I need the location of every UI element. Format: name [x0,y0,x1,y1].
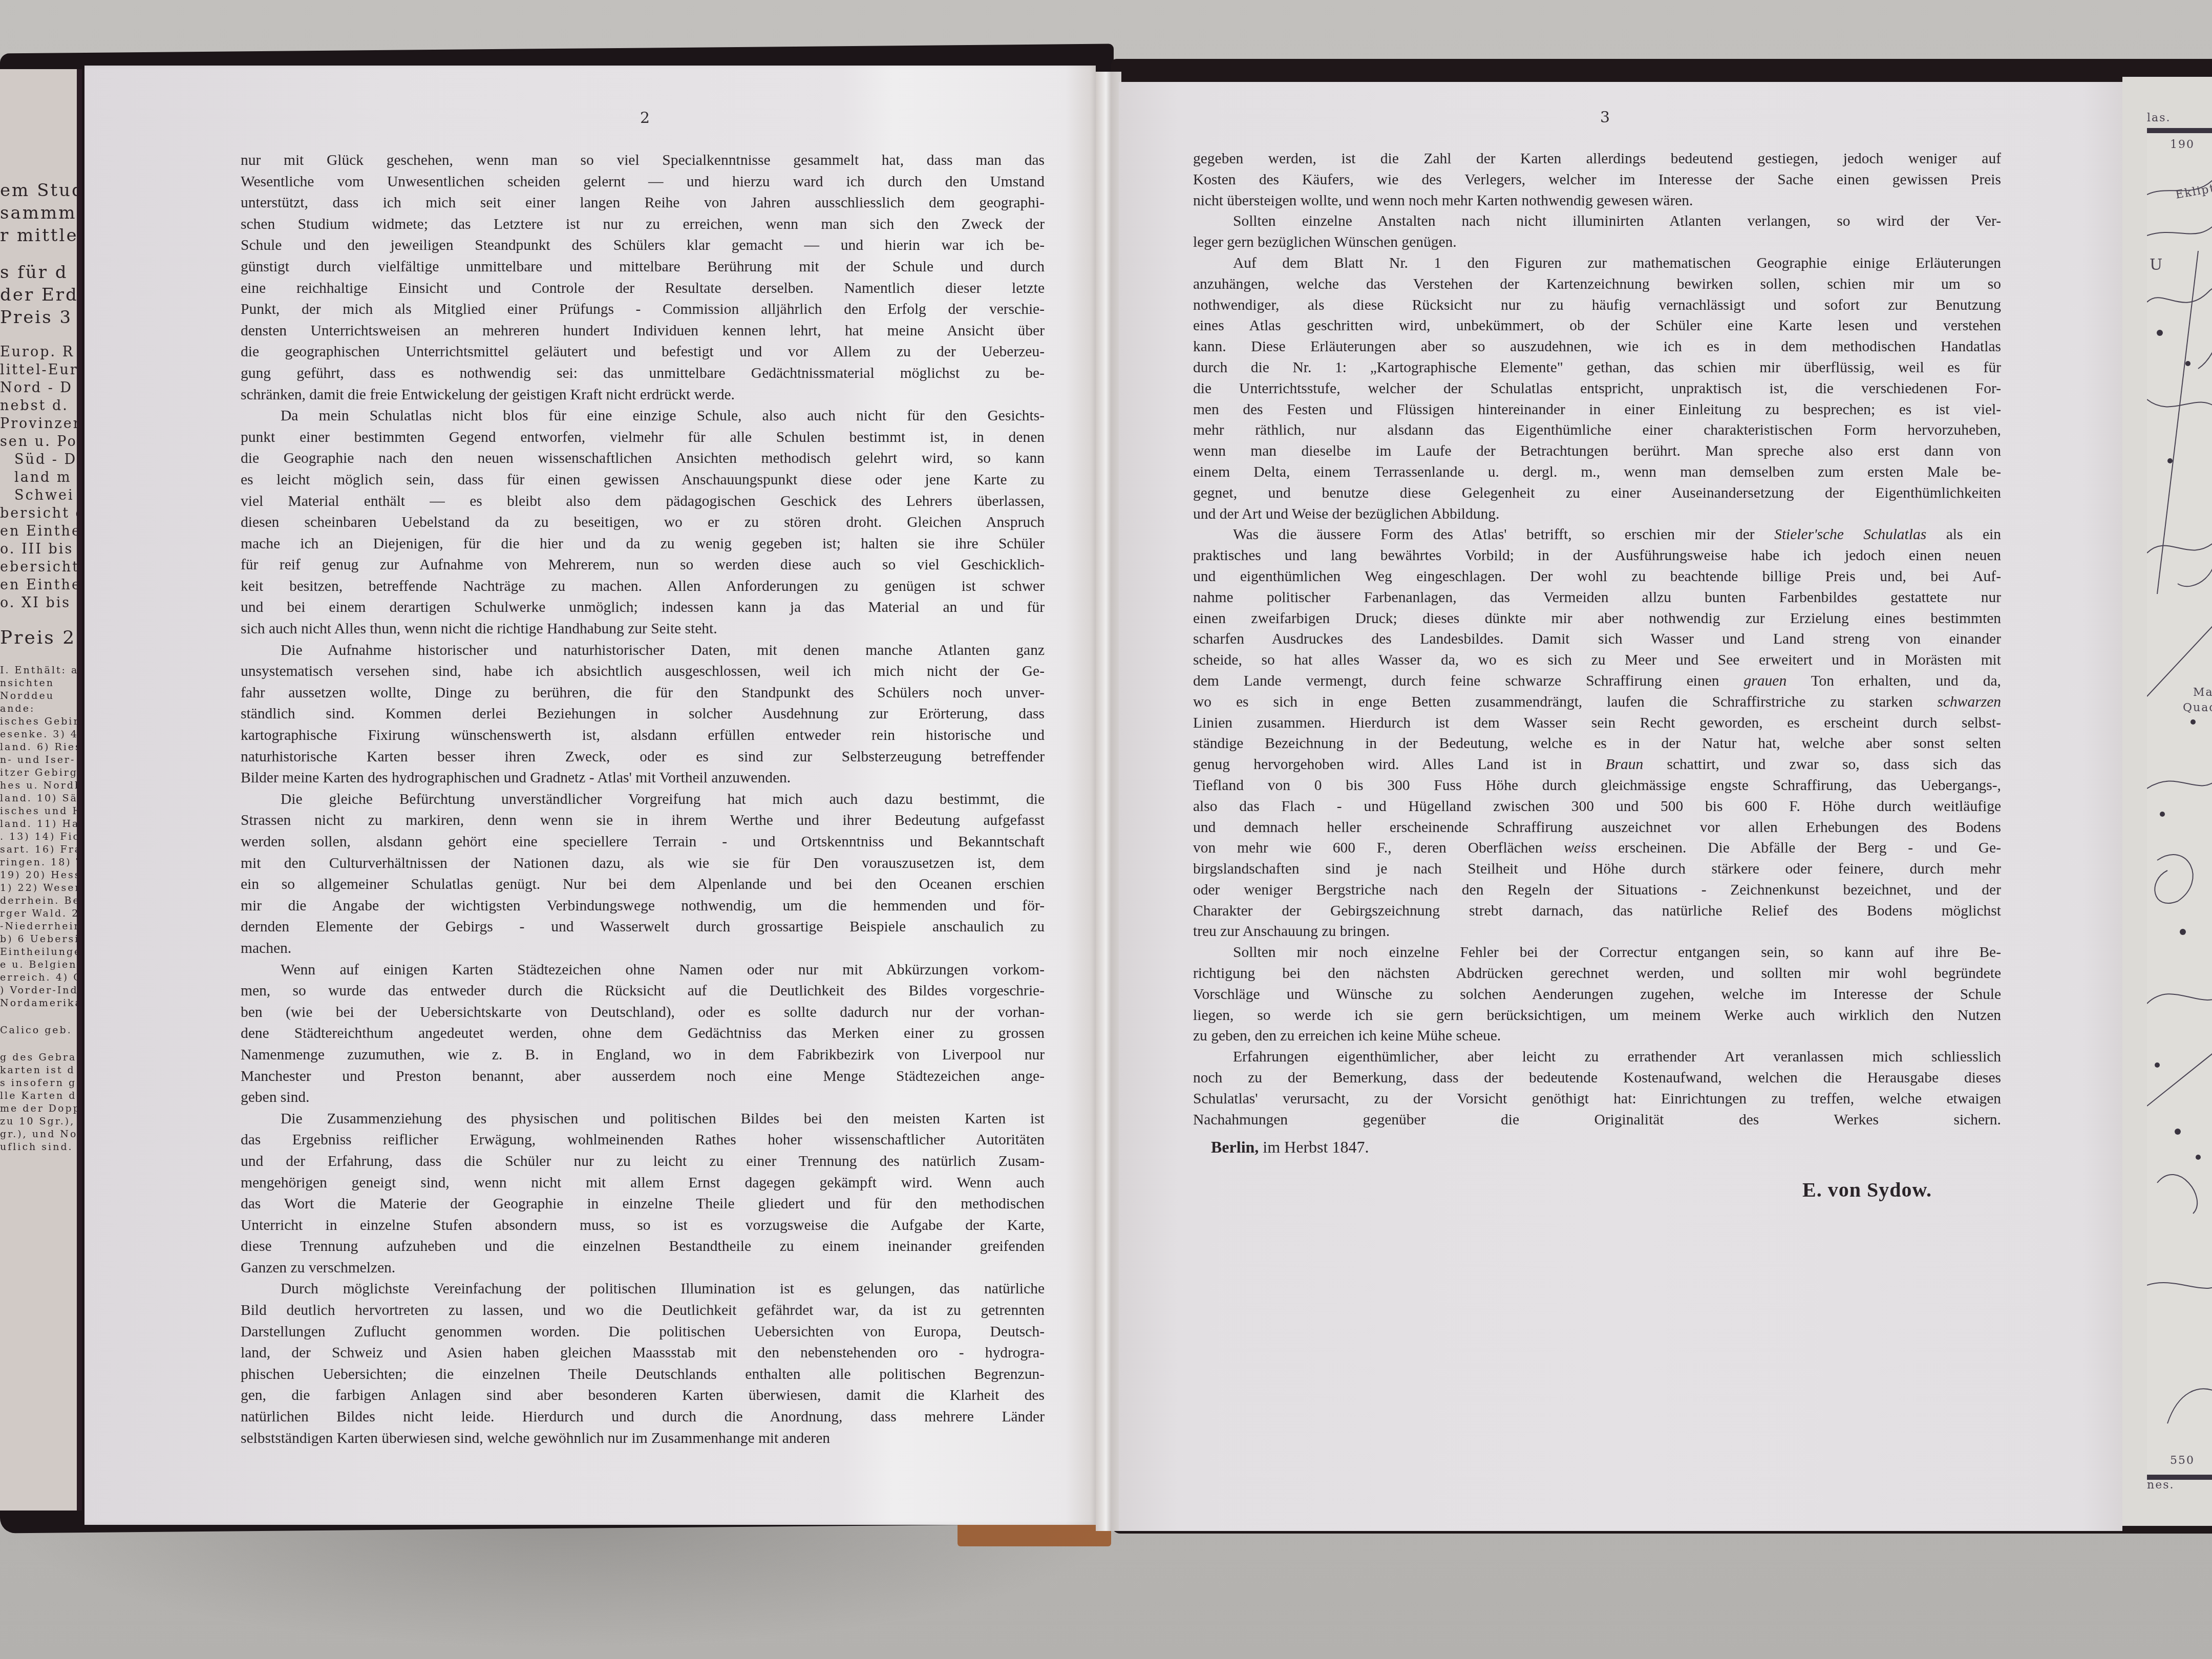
text-line: nur mit Glück geschehen, wenn man so vie… [241,150,1045,172]
text-line: kann. Diese Erläuterungen aber so auszud… [1193,336,2001,357]
text-line: Manchester und Preston benannt, aber aus… [241,1066,1045,1088]
flyleaf-text: em Studsammmenr mittles für dder ErdPrei… [0,179,77,1154]
text-line: nahme politischer Farbenanlagen, das Ver… [1193,587,2001,608]
text-line: Auf dem Blatt Nr. 1 den Figuren zur math… [1193,253,2001,274]
text-line: wo es sich in enge Betten zusammendrängt… [1193,692,2001,713]
flyleaf-line: 19) 20) Hessisc [0,869,77,882]
text-line: selbstständigen Karten überwiesen sind, … [241,1428,1045,1450]
flyleaf-line: esenke. 3) 4) [0,728,77,741]
flyleaf-line: sammmen [0,202,77,224]
text-line: also das Flach - und Hügelland zwischen … [1193,796,2001,817]
flyleaf-line: sart. 16) Fran [0,843,77,856]
text-line: Bild deutlich hervortreten zu lassen, un… [241,1300,1045,1322]
text-line: Schulatlas' verursacht, zu der Vorsicht … [1193,1089,2001,1110]
text-line: Linien zusammen. Hierdurch ist dem Wasse… [1193,713,2001,734]
flyleaf-line: Eintheilunge [0,946,77,959]
flyleaf-line: Norddeu [0,690,77,703]
flyleaf-line: -Niederrheinisc [0,920,77,933]
flyleaf-line: sen u. Po [0,433,77,451]
text-line: Bilder meine Karten des hydrographischen… [241,768,1045,789]
flyleaf-line: ) Vorder-Indie [0,984,77,997]
text-line: von mehr wie 600 F., deren Oberflächen w… [1193,838,2001,859]
flyleaf-line: isches Gebirge [0,715,77,728]
flyleaf-line: zu 10 Sgr.), de [0,1115,77,1128]
flyleaf-line: em Stud [0,179,77,202]
flyleaf-line: Europ. R [0,343,77,361]
text-line: Schule und den jeweiligen Steandpunkt de… [241,235,1045,257]
text-line: zu geben, den zu erreichen ich keine Müh… [1193,1026,2001,1047]
flyleaf-line: s für d [0,261,77,284]
text-line: diese Trennung aufzuheben und die einzel… [241,1236,1045,1258]
text-line: Die Zusammenziehung des physischen und p… [241,1109,1045,1130]
text-line: und bei einem derartigen Schulwerke unmö… [241,597,1045,619]
map-footer-fragment: nes. [2147,1479,2174,1492]
text-line: schen Studium widmete; das Letztere ist … [241,214,1045,236]
text-line: oder weniger Bergstriche nach den Regeln… [1193,880,2001,901]
text-line: günstigt durch vielfältige unmittelbare … [241,257,1045,278]
text-line: viel Material enthält — es bleibt also d… [241,491,1045,513]
text-line: men des Festen und Flüssigen hintereinan… [1193,399,2001,420]
map-scale-bottom: 550 [2170,1454,2195,1467]
text-line: Strassen nicht zu markiren, denn wenn si… [241,810,1045,832]
flyleaf-line: lle Karten d [0,1090,77,1102]
text-line: nicht übersteigen wollte, und wenn noch … [1193,190,2001,211]
book-gutter [1096,72,1121,1531]
text-line: kartographische Fixirung wünschenswerth … [241,725,1045,747]
text-line: durch die Nr. 1: „Kartographische Elemen… [1193,357,2001,378]
signature-author: E. von Sydow. [1802,1178,1932,1202]
right-page-body-text: gegeben werden, ist die Zahl der Karten … [1193,148,2001,1130]
flyleaf-line: en Einthei [0,576,77,594]
flyleaf-line: Nordamerikani [0,997,77,1010]
left-page-body-text: nur mit Glück geschehen, wenn man so vie… [241,150,1045,1449]
flyleaf-line: o. III bis [0,540,77,558]
flyleaf-line: ande: [0,703,77,715]
flyleaf-line: e u. Belgien. 2 [0,959,77,971]
text-line: die geographischen Unterrichtsmittel gel… [241,342,1045,363]
text-line: es leicht möglich sein, dass für einen g… [241,470,1045,491]
text-line: Nachahmungen gegenüber die Originalität … [1193,1110,2001,1131]
flyleaf-line: land. 10) Sä [0,792,77,805]
text-line: Wenn auf einigen Karten Städtezeichen oh… [241,960,1045,981]
text-line: liegen, so werde ich sie gern berücksich… [1193,1005,2001,1026]
text-line: machen. [241,938,1045,960]
flyleaf-line: ringen. 18) Thü [0,856,77,869]
text-line: unsystematisch versehen sind, habe ich a… [241,661,1045,683]
flyleaf-line: karten ist d [0,1064,77,1077]
flyleaf-line: gr.), und No. [0,1128,77,1141]
text-line: einen zweifarbigen Druck; dieses dünkte … [1193,608,2001,629]
text-line: unterstützt, dass ich mich seit einer la… [241,193,1045,214]
flyleaf-line: Nord - D [0,379,77,397]
text-line: Charakter der Gebirgszeichnung strebt da… [1193,901,2001,922]
text-line: eines Atlas geschritten wird, unbekümmer… [1193,315,2001,336]
text-line: gen, die farbigen Anlagen sind aber beso… [241,1385,1045,1407]
text-line: Sollten einzelne Anstalten nach nicht il… [1193,211,2001,232]
page-left: 2 nur mit Glück geschehen, wenn man so v… [84,66,1096,1525]
flyleaf-line: Preis 3 [0,306,77,329]
flyleaf-line: I. Enthält: a) [0,664,77,677]
text-line: für reif genug zur Aufnahme von Mehrerem… [241,555,1045,576]
text-line: ständlich sind. Kommen derlei Beziehunge… [241,704,1045,725]
text-line: leger gern bezüglichen Wünschen genügen. [1193,232,2001,253]
page-number: 3 [1600,109,1610,126]
signature-place-date: Berlin, im Herbst 1847. [1211,1138,1369,1157]
text-line: anzuhängen, welche das Verstehen der Kar… [1193,274,2001,295]
flyleaf-line: me der Dopp [0,1102,77,1115]
text-line: densten Unterrichtsweisen an mehreren hu… [241,321,1045,342]
text-line: sich auch nicht Alles thun, wenn nicht d… [241,619,1045,640]
text-line: die Unterrichtsstufe, welcher der Schula… [1193,378,2001,399]
text-line: gegeben werden, ist die Zahl der Karten … [1193,148,2001,169]
text-line: Erfahrungen eigenthümlicher, aber leicht… [1193,1047,2001,1068]
flyleaf-line: o. XI bis [0,594,77,612]
signature-date: im Herbst 1847. [1259,1138,1369,1156]
text-line: Unterricht in einzelne Stufen absondern … [241,1215,1045,1237]
text-line: genug hervorgehoben wird. Alles Land ist… [1193,754,2001,775]
text-line: men, so wurde das entweder durch die Rüc… [241,981,1045,1002]
flyleaf-line: der Erd [0,284,77,306]
text-line: werden sollen, alsdann gehört eine speci… [241,832,1045,853]
text-line: treu zur Anschauung zu bringen. [1193,921,2001,942]
text-line: schränken, damit die freie Entwickelung … [241,385,1045,406]
text-line: Tiefland von 0 bis 300 Fuss Höhe durch g… [1193,775,2001,796]
flyleaf-line: n- und Iser- [0,754,77,767]
text-line: geben sind. [241,1087,1045,1109]
map-label-mag: Mag [2193,686,2212,699]
signature-place: Berlin, [1211,1138,1259,1156]
flyleaf-previous-page: em Studsammmenr mittles für dder ErdPrei… [0,69,82,1511]
text-line: dene Städtereichthum angedeutet werden, … [241,1023,1045,1045]
text-line: die Geographie nach den neuen wissenscha… [241,448,1045,470]
text-line: fahr aussetzen wollte, Dinge zu berühren… [241,683,1045,704]
text-line: naturhistorische Karten besser ihren Zwe… [241,747,1045,768]
text-line: praktisches und lang bewährtes Vorbild; … [1193,545,2001,566]
text-line: land, der Schweiz und Asien haben gleich… [241,1343,1045,1364]
flyleaf-line: b) 6 Uebersic [0,933,77,946]
text-line: richtigung bei den nächsten Abdrücken ge… [1193,963,2001,984]
text-line: scharfen Ausdruckes des Landesbildes. Da… [1193,629,2001,650]
flyleaf-line: Preis 2½ [0,626,77,650]
text-line: Vorschläge und Wünsche zu solchen Aender… [1193,984,2001,1005]
text-line: und der Erfahrung, dass die Schüler nur … [241,1151,1045,1173]
flyleaf-line: . 13) 14) Ficht [0,831,77,843]
map-plate-edge: las. [2122,77,2212,1526]
map-label-quadr: Quadr [2183,701,2212,714]
text-line: keit besitzen, betreffende Nachträge zu … [241,576,1045,598]
text-line: diesen scheinbaren Uebelstand da zu bese… [241,512,1045,534]
text-line: punkt einer bestimmten Gegend entworfen,… [241,427,1045,449]
text-line: Ganzen zu verschmelzen. [241,1258,1045,1279]
text-line: gegnet, und benutze diese Gelegenheit zu… [1193,483,2001,504]
flyleaf-line: nsichten [0,677,77,690]
flyleaf-line: bersicht d [0,504,77,522]
page-right: 3 gegeben werden, ist die Zahl der Karte… [1119,82,2122,1531]
flyleaf-line: Süd - D [14,451,77,469]
text-line: das Ergebniss reiflicher Erwägung, wohlm… [241,1130,1045,1151]
flyleaf-line: erreich. 4) Os [0,971,77,984]
flyleaf-line: uflich sind. [0,1141,77,1154]
text-line: scheide, so hat alles Wasser da, wo es s… [1193,650,2001,671]
flyleaf-line: littel-Eur [0,361,77,379]
flyleaf-line: land. 11) Harz. [0,818,77,831]
map-title-fragment: las. [2147,112,2171,124]
text-line: ben (wie bei der Uebersichtskarte von De… [241,1002,1045,1024]
flyleaf-line: ebersicht d [0,558,77,576]
text-line: ständige Bezeichnung in der Bedeutung, w… [1193,733,2001,754]
flyleaf-line: derrhein. Berg [0,895,77,907]
map-scale-top: 190 [2170,138,2195,151]
flyleaf-line: Provinzen [0,415,77,433]
text-line: ein so allgemeiner Schulatlas genügt. Nu… [241,874,1045,896]
text-line: natürlichen Bildes nicht leide. Hierdurc… [241,1407,1045,1428]
text-line: Die gleiche Befürchtung unverständlicher… [241,789,1045,811]
text-line: eine reichhaltige Einsicht und Controle … [241,278,1045,300]
text-line: mache ich an Diejenigen, für die hier un… [241,534,1045,555]
text-line: birgslandschaften sind je nach Steilheit… [1193,859,2001,880]
text-line: Sollten mir noch einzelne Fehler bei der… [1193,942,2001,963]
flyleaf-line: rger Wald. 2 [0,907,77,920]
flyleaf-line: 1) 22) Weser- [0,882,77,895]
text-line: Punkt, der mich als Mitglied einer Prüfu… [241,299,1045,321]
flyleaf-line: Calico geb. 6 [0,1024,77,1037]
text-line: gung geführt, dass es nothwendig sei: da… [241,363,1045,385]
constellation-lines-icon [2147,133,2212,1475]
text-line: mir die Angabe der wichtigsten Verbindun… [241,896,1045,917]
text-line: wenn man dieselbe im Laufe der Betrachtu… [1193,441,2001,462]
text-line: Darstellungen Zuflucht genommen worden. … [241,1322,1045,1343]
star-map-fragment: 190 Ekliptik U Mag Quadr 550 [2147,128,2212,1480]
text-line: und eigenthümlichen Weg eingeschlagen. D… [1193,566,2001,587]
text-line: mengehörigen geneigt sind, wenn nicht mi… [241,1173,1045,1194]
text-line: und demnach heller erscheinende Schraffi… [1193,817,2001,838]
text-line: noch zu der Bemerkung, dass der bedeuten… [1193,1068,2001,1089]
text-line: mehr räthlich, nur alsdann das Eigenthüm… [1193,420,2001,441]
text-line: das Wort die Materie der Geographie in e… [241,1194,1045,1215]
text-line: dernden Elemente der Gebirgs - und Wasse… [241,917,1045,938]
page-number: 2 [640,109,650,127]
flyleaf-line: land. 6) Riese [0,741,77,754]
flyleaf-line: r mittle [0,224,77,247]
text-line: Namenmenge zuzumuthen, wie z. B. in Engl… [241,1045,1045,1066]
text-line: mit den Culturverhältnissen der Nationen… [241,853,1045,875]
text-line: nothwendiger, als diese Rücksicht nur zu… [1193,295,2001,316]
flyleaf-line: en Einthei [0,522,77,540]
flyleaf-line: g des Gebrau [0,1051,77,1064]
flyleaf-line: itzer Gebirgs [0,767,77,779]
flyleaf-line: s insofern ge [0,1077,77,1090]
flyleaf-line: hes u. Nordbö [0,779,77,792]
text-line: und der Art und Weise der bezüglichen Ab… [1193,504,2001,525]
text-line: Wesentliche vom Unwesentlichen scheiden … [241,172,1045,193]
flyleaf-line: isches und H [0,805,77,818]
flyleaf-line: nebst d. [0,397,77,415]
flyleaf-line: Schwei [14,486,77,504]
text-line: Die Aufnahme historischer und naturhisto… [241,640,1045,662]
text-line: einem Delta, einem Terrassenlande u. der… [1193,462,2001,483]
text-line: Kosten des Käufers, wie des Verlegers, w… [1193,169,2001,190]
map-label-u: U [2150,256,2163,274]
text-line: Was die äussere Form des Atlas' betrifft… [1193,524,2001,545]
text-line: dem Lande vermengt, durch feine schwarze… [1193,671,2001,692]
text-line: Da mein Schulatlas nicht blos für eine e… [241,406,1045,427]
flyleaf-line: land m [14,469,77,486]
text-line: phischen Uebersichten; die einzelnen The… [241,1364,1045,1386]
text-line: Durch möglichste Vereinfachung der polit… [241,1279,1045,1300]
